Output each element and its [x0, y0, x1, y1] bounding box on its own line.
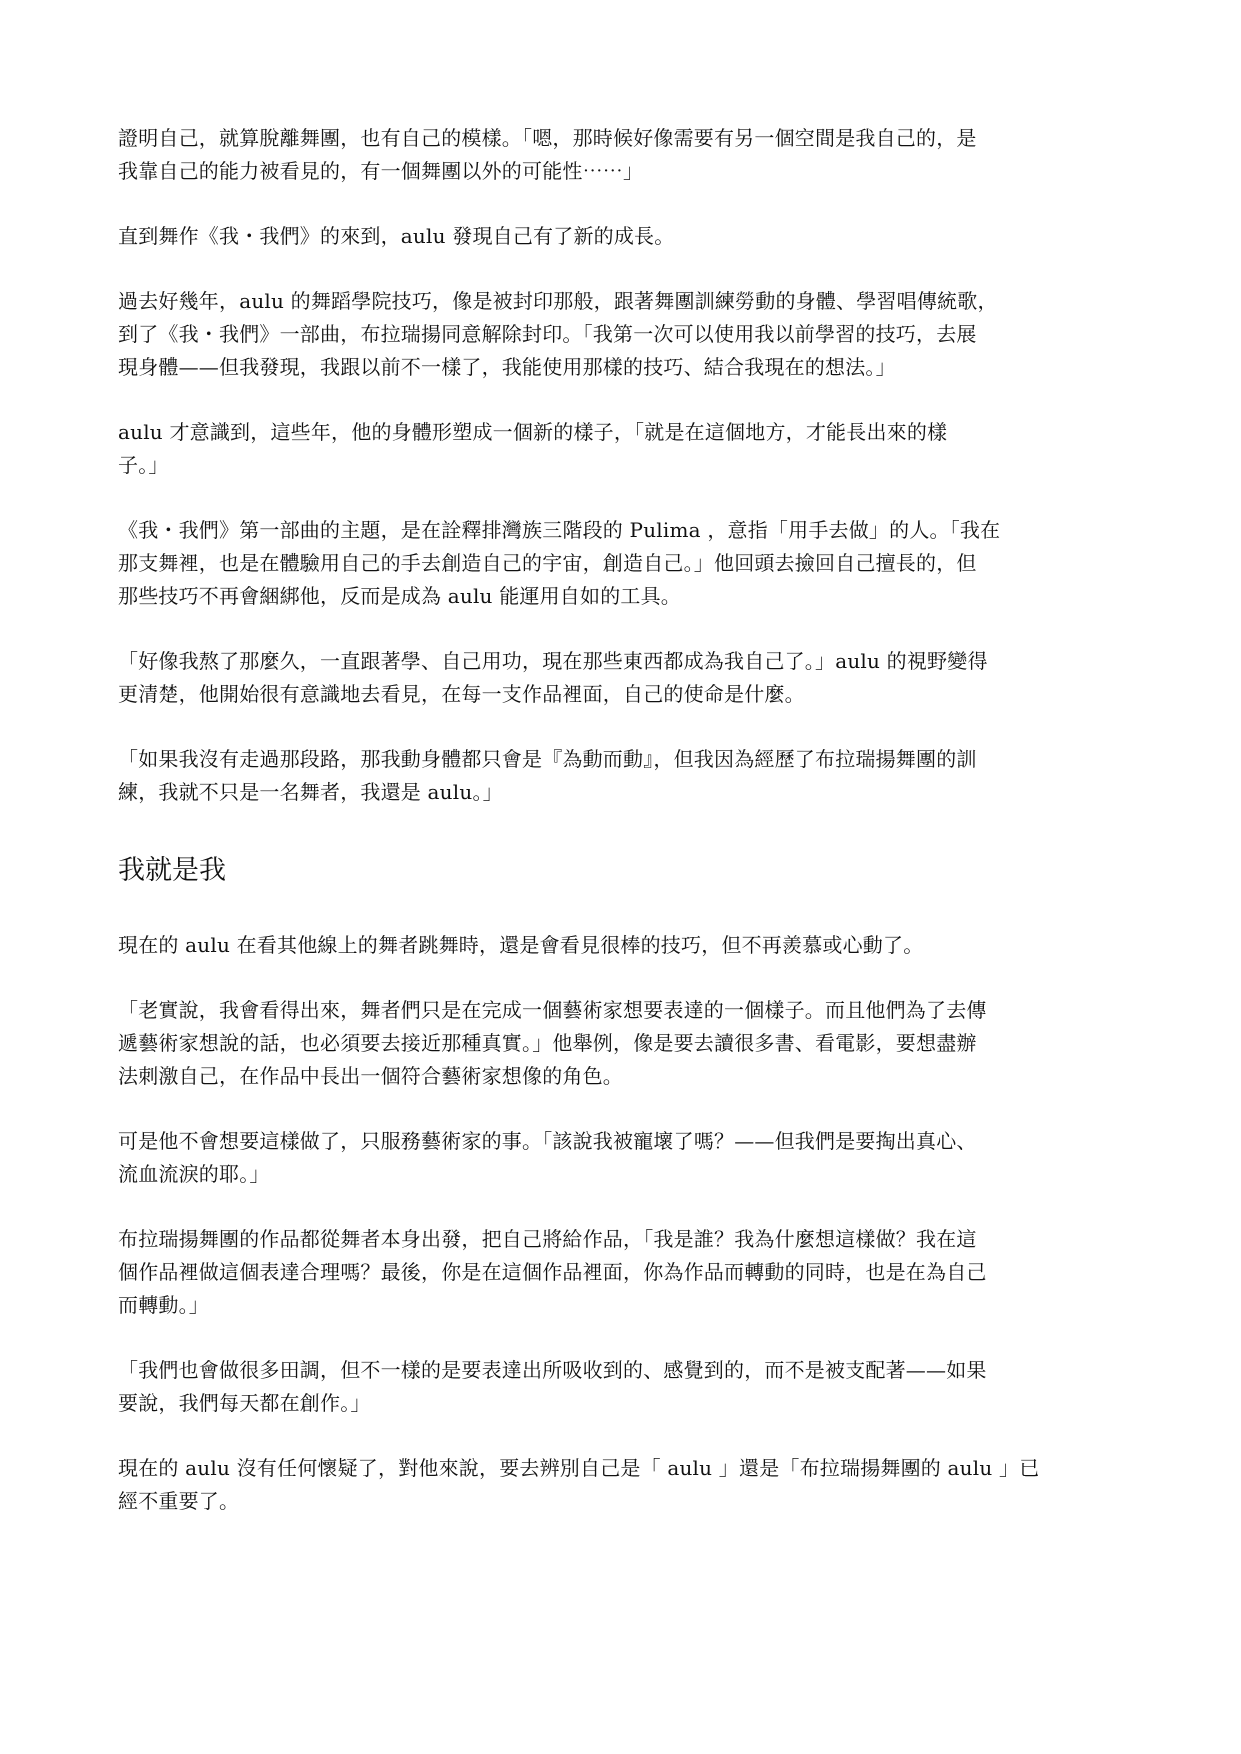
paragraph: 「我們也會做很多田調，但不一樣的是要表達出所吸收到的、感覺到的，而不是被支配著—… — [118, 1354, 1128, 1420]
paragraph: 《我・我們》第一部曲的主題，是在詮釋排灣族三階段的 Pulima ，意指「用手去… — [118, 514, 1128, 613]
heading-gap — [118, 891, 1128, 929]
paragraph: 「老實說，我會看得出來，舞者們只是在完成一個藝術家想要表達的一個樣子。而且他們為… — [118, 994, 1128, 1093]
paragraph-gap — [118, 1420, 1128, 1452]
paragraph: 現在的 aulu 沒有任何懷疑了，對他來說，要去辨別自己是「 aulu 」還是「… — [118, 1452, 1128, 1518]
paragraph-gap — [118, 1191, 1128, 1223]
paragraph-gap — [118, 253, 1128, 285]
paragraph: 布拉瑞揚舞團的作品都從舞者本身出發，把自己將給作品，「我是誰？我為什麼想這樣做？… — [118, 1223, 1128, 1322]
section-heading: 我就是我 — [118, 851, 1128, 891]
paragraph: 過去好幾年，aulu 的舞蹈學院技巧，像是被封印那般，跟著舞團訓練勞動的身體、學… — [118, 285, 1128, 384]
paragraph-gap — [118, 384, 1128, 416]
document-page: 證明自己，就算脫離舞團，也有自己的模樣。「嗯，那時候好像需要有另一個空間是我自己… — [118, 122, 1128, 1518]
paragraph: aulu 才意識到，這些年，他的身體形塑成一個新的樣子，「就是在這個地方，才能長… — [118, 416, 1128, 482]
heading-gap — [118, 809, 1128, 851]
paragraph: 現在的 aulu 在看其他線上的舞者跳舞時，還是會看見很棒的技巧，但不再羨慕或心… — [118, 929, 1128, 962]
paragraph: 證明自己，就算脫離舞團，也有自己的模樣。「嗯，那時候好像需要有另一個空間是我自己… — [118, 122, 1128, 188]
paragraph-gap — [118, 711, 1128, 743]
paragraph: 直到舞作《我・我們》的來到，aulu 發現自己有了新的成長。 — [118, 220, 1128, 253]
paragraph-gap — [118, 482, 1128, 514]
paragraph-gap — [118, 1322, 1128, 1354]
paragraph: 「如果我沒有走過那段路，那我動身體都只會是『為動而動』，但我因為經歷了布拉瑞揚舞… — [118, 743, 1128, 809]
paragraph-gap — [118, 962, 1128, 994]
paragraph-gap — [118, 188, 1128, 220]
paragraph: 可是他不會想要這樣做了，只服務藝術家的事。「該說我被寵壞了嗎？——但我們是要掏出… — [118, 1125, 1128, 1191]
paragraph-gap — [118, 613, 1128, 645]
paragraph: 「好像我熬了那麼久，一直跟著學、自己用功，現在那些東西都成為我自己了。」aulu… — [118, 645, 1128, 711]
paragraph-gap — [118, 1093, 1128, 1125]
